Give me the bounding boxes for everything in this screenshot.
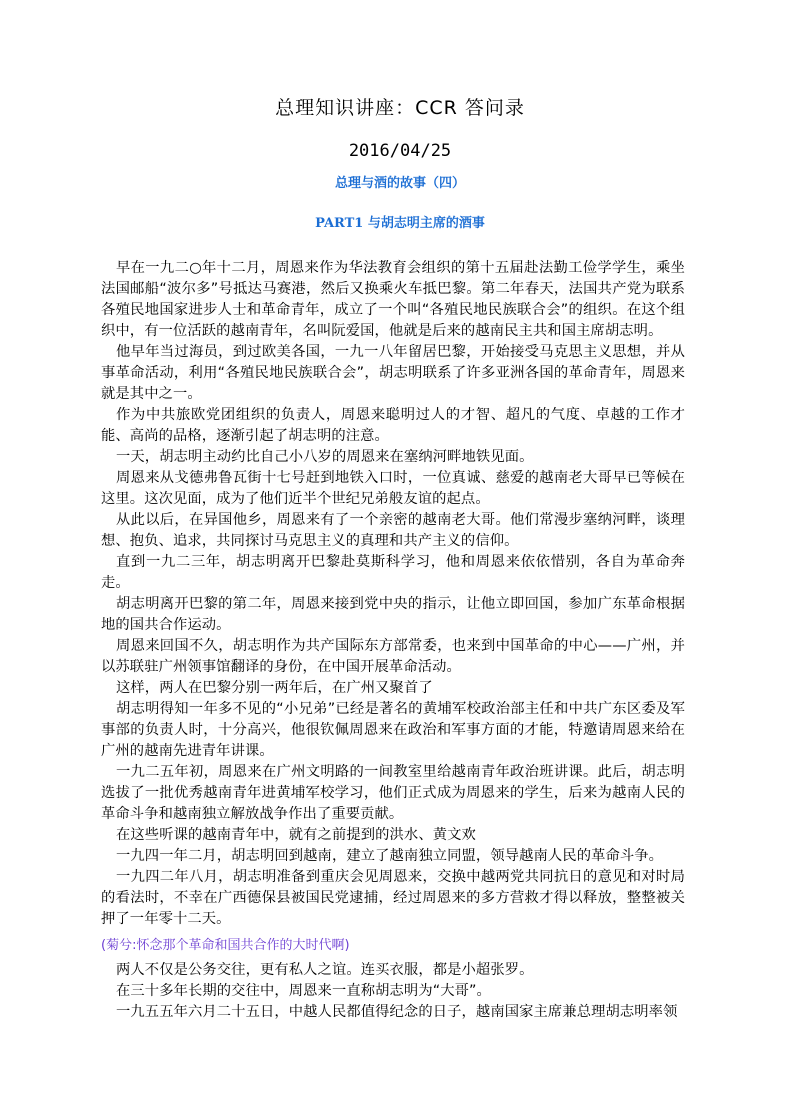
paragraph: 从此以后，在异国他乡，周恩来有了一个亲密的越南老大哥。他们常漫步塞纳河畔，谈理想… xyxy=(101,510,685,552)
paragraph: 胡志明离开巴黎的第二年，周恩来接到党中央的指示，让他立即回国，参加广东革命根据地… xyxy=(101,594,685,636)
paragraph: 早在一九二○年十二月，周恩来作为华法教育会组织的第十五届赴法勤工俭学学生，乘坐法… xyxy=(101,258,685,342)
paragraph: 一天，胡志明主动约比自己小八岁的周恩来在塞纳河畔地铁见面。 xyxy=(101,447,685,468)
paragraph: 这样，两人在巴黎分别一两年后，在广州又聚首了 xyxy=(101,678,685,699)
paragraph: 胡志明得知一年多不见的“小兄弟”已经是著名的黄埔军校政治部主任和中共广东区委及军… xyxy=(101,699,685,762)
paragraph: 两人不仅是公务交往，更有私人之谊。连买衣服，都是小超张罗。 xyxy=(101,960,685,981)
paragraph: 一九四一年二月，胡志明回到越南，建立了越南独立同盟，领导越南人民的革命斗争。 xyxy=(101,846,685,867)
paragraph: 周恩来从戈德弗鲁瓦街十七号赶到地铁入口时，一位真诚、慈爱的越南老大哥早已等候在这… xyxy=(101,468,685,510)
paragraph: 在三十多年长期的交往中，周恩来一直称胡志明为“大哥”。 xyxy=(101,981,685,1002)
paragraph: 周恩来回国不久，胡志明作为共产国际东方部常委，也来到中国革命的中心——广州，并以… xyxy=(101,636,685,678)
article-subtitle: 总理与酒的故事（四） xyxy=(0,174,800,194)
document-title: 总理知识讲座：CCR 答问录 xyxy=(0,96,800,120)
document-date: 2016/04/25 xyxy=(0,139,800,163)
article-body-continued: 两人不仅是公务交往，更有私人之谊。连买衣服，都是小超张罗。 在三十多年长期的交往… xyxy=(101,960,685,1023)
article-body: 早在一九二○年十二月，周恩来作为华法教育会组织的第十五届赴法勤工俭学学生，乘坐法… xyxy=(101,258,685,930)
paragraph: 在这些听课的越南青年中，就有之前提到的洪水、黄文欢 xyxy=(101,825,685,846)
editor-note: (菊兮:怀念那个革命和国共合作的大时代啊) xyxy=(101,936,350,956)
paragraph: 直到一九二三年，胡志明离开巴黎赴莫斯科学习，他和周恩来依依惜别，各自为革命奔走。 xyxy=(101,552,685,594)
paragraph: 他早年当过海员，到过欧美各国，一九一八年留居巴黎，开始接受马克思主义思想，并从事… xyxy=(101,342,685,405)
document-page: 总理知识讲座：CCR 答问录 2016/04/25 总理与酒的故事（四） PAR… xyxy=(0,0,800,1100)
paragraph: 作为中共旅欧党团组织的负责人，周恩来聪明过人的才智、超凡的气度、卓越的工作才能、… xyxy=(101,405,685,447)
paragraph: 一九五五年六月二十五日，中越人民都值得纪念的日子，越南国家主席兼总理胡志明率领 xyxy=(101,1002,685,1023)
section-heading: PART1 与胡志明主席的酒事 xyxy=(0,214,800,234)
paragraph: 一九二五年初，周恩来在广州文明路的一间教室里给越南青年政治班讲课。此后，胡志明选… xyxy=(101,762,685,825)
paragraph: 一九四二年八月，胡志明准备到重庆会见周恩来，交换中越两党共同抗日的意见和对时局的… xyxy=(101,867,685,930)
